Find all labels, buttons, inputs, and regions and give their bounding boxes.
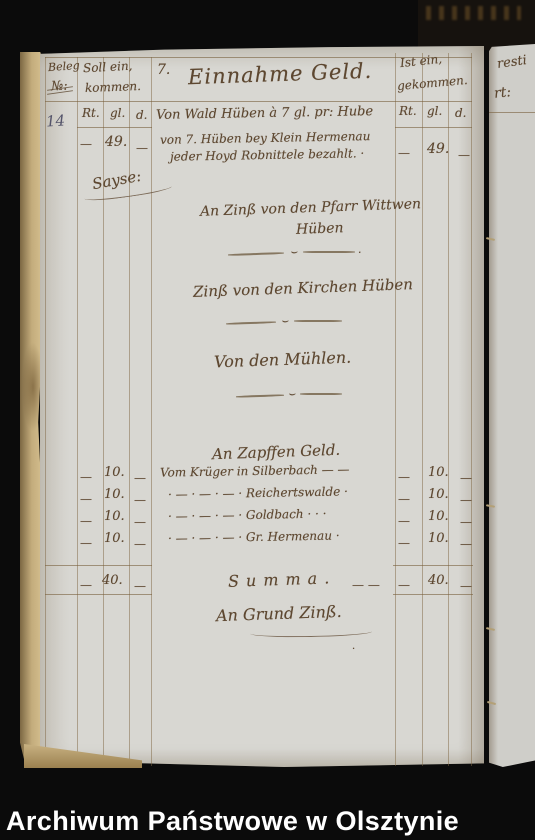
unit-rt-right: Rt.	[399, 104, 417, 118]
debit-d-dash: —	[136, 141, 148, 155]
credit-gl-value: 49.	[427, 141, 449, 157]
next-page-line2: rt:	[493, 84, 512, 102]
summa-top-rule-right	[393, 565, 473, 566]
column-line	[422, 53, 423, 766]
separator-mark: ⌣	[281, 314, 288, 328]
zapffen-row-credit-d-dash: —	[460, 537, 472, 551]
separator-dot: ·	[358, 246, 362, 259]
next-page-sliver	[489, 44, 535, 767]
zapffen-row-debit-d-dash: —	[134, 493, 146, 507]
summa-credit-dash: —	[398, 578, 410, 592]
zapffen-row-debit: 10.	[104, 531, 125, 546]
column-line	[448, 53, 449, 766]
zapffen-row-text: · — · — · — · Gr. Hermenau ·	[168, 529, 340, 546]
section-pfarr-line2: Hüben	[296, 220, 344, 238]
stray-ink-mark: ·	[352, 644, 355, 655]
zapffen-row-credit: 10.	[428, 531, 449, 546]
cover-texture	[426, 6, 521, 20]
zapffen-row-credit: 10.	[428, 465, 449, 480]
units-rule-right	[395, 127, 472, 128]
zapffen-row-debit-dash: —	[80, 514, 92, 528]
column-line	[395, 53, 396, 766]
unit-rt-left: Rt.	[82, 106, 100, 120]
summa-trail-dashes: — —	[352, 578, 380, 592]
debit-gl-value: 49.	[105, 134, 127, 150]
zapffen-row-credit-dash: —	[398, 492, 410, 506]
zapffen-row-debit-dash: —	[80, 470, 92, 484]
archive-caption: Archiwum Państwowe w Olsztynie	[6, 806, 459, 837]
book-cover-edge	[418, 0, 535, 50]
summa-credit: 40.	[428, 573, 449, 588]
summa-debit: 40.	[102, 573, 123, 588]
zapffen-row-text: · — · — · — · Goldbach · · ·	[168, 507, 327, 524]
separator-mark: ⌣	[290, 245, 297, 259]
summa-debit-d-dash: —	[134, 579, 146, 593]
archival-scan: Beleg №: Soll ein, kommen. 7. Einnahme G…	[0, 0, 535, 840]
separator-dash	[294, 320, 342, 322]
zapffen-row-debit-dash: —	[80, 492, 92, 506]
zapffen-row-credit-dash: —	[398, 470, 410, 484]
zapffen-row-debit-d-dash: —	[134, 537, 146, 551]
zapffen-row-debit-d-dash: —	[134, 471, 146, 485]
header-debit-line2: kommen.	[85, 79, 141, 95]
column-line	[77, 57, 78, 766]
debit-rt-dash: —	[80, 137, 92, 151]
folio-number: 14	[45, 111, 65, 130]
summa-credit-d-dash: —	[460, 579, 472, 593]
header-debit-line1: Soll ein,	[83, 59, 133, 76]
zapffen-row-credit-dash: —	[398, 536, 410, 550]
zapffen-row-debit: 10.	[104, 487, 125, 502]
zapffen-row-debit: 10.	[104, 465, 125, 480]
next-page-rule	[489, 112, 535, 113]
zapffen-row-debit-d-dash: —	[134, 515, 146, 529]
column-line	[45, 57, 46, 766]
zapffen-row-credit-dash: —	[398, 514, 410, 528]
header-doc-col-line1: Beleg	[48, 59, 81, 74]
column-line	[103, 57, 104, 766]
unit-gl-left: gl.	[110, 106, 125, 120]
header-bottom-rule	[45, 101, 472, 102]
credit-rt-dash: —	[398, 146, 410, 160]
summa-bottom-rule-right	[393, 594, 473, 595]
zapffen-row-credit-d-dash: —	[460, 493, 472, 507]
zapffen-row-debit: 10.	[104, 509, 125, 524]
unit-gl-right: gl.	[427, 104, 442, 118]
column-line	[129, 57, 130, 766]
summa-top-rule-left	[45, 565, 152, 566]
units-rule-left	[77, 127, 152, 128]
zapffen-row-credit: 10.	[428, 487, 449, 502]
zapffen-row-credit: 10.	[428, 509, 449, 524]
zapffen-row-debit-dash: —	[80, 536, 92, 550]
section-number: 7.	[157, 62, 170, 78]
separator-dash	[300, 393, 342, 395]
separator-dash	[303, 251, 355, 253]
separator-mark: ⌣	[288, 387, 295, 401]
summa-bottom-rule-left	[45, 594, 152, 595]
column-line	[151, 57, 152, 766]
credit-d-dash: —	[458, 148, 470, 162]
zapffen-row-credit-d-dash: —	[460, 471, 472, 485]
summa-debit-dash: —	[80, 578, 92, 592]
zapffen-row-credit-d-dash: —	[460, 515, 472, 529]
summa-label: Summa.	[228, 568, 337, 591]
column-line	[471, 53, 472, 766]
unit-d-right: d.	[455, 106, 467, 120]
unit-d-left: d.	[136, 108, 148, 122]
